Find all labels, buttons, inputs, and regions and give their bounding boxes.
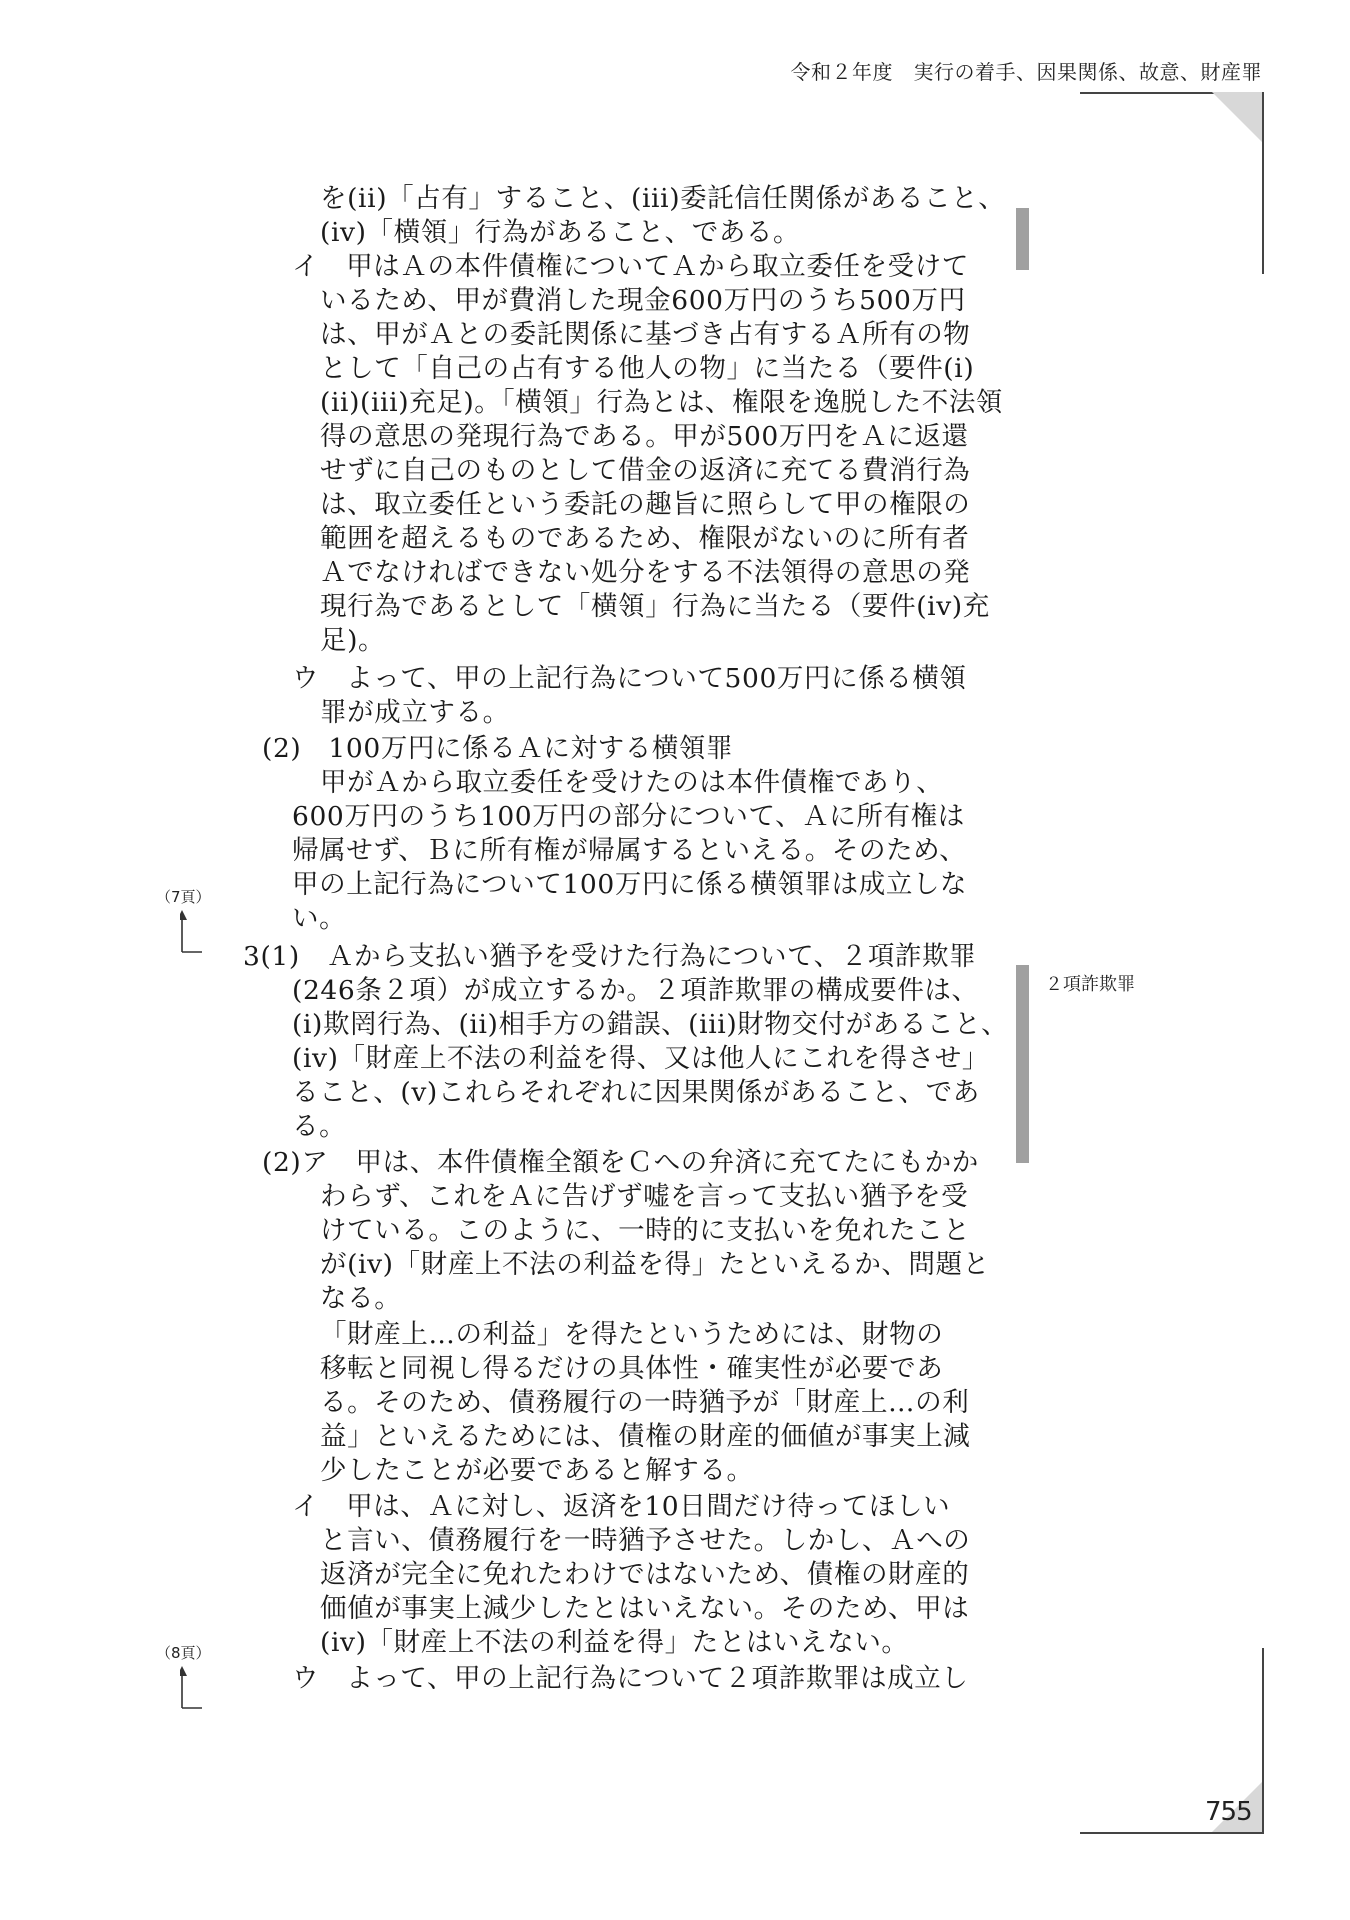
margin-marker-bar bbox=[1016, 965, 1029, 1163]
text-line: (246条２項）が成立するか。２項詐欺罪の構成要件は、 bbox=[292, 974, 979, 1008]
page-ref-arrow-icon bbox=[180, 1666, 204, 1710]
text-line: せずに自己のものとして借金の返済に充てる費消行為 bbox=[320, 454, 970, 488]
text-line: けている。このように、一時的に支払いを免れたこと bbox=[320, 1214, 970, 1248]
text-line: 足)。 bbox=[320, 624, 385, 658]
margin-marker-bar bbox=[1016, 208, 1029, 270]
text-line: (iv)「財産上不法の利益を得」たとはいえない。 bbox=[320, 1626, 909, 1660]
text-line: 600万円のうち100万円の部分について、Ａに所有権は bbox=[292, 800, 965, 834]
corner-rule-bottom-horizontal bbox=[1080, 1832, 1264, 1834]
text-line: なる。 bbox=[320, 1282, 401, 1316]
text-line: が(iv)「財産上不法の利益を得」たといえるか、問題と bbox=[320, 1248, 990, 1282]
text-line: 「財産上…の利益」を得たというためには、財物の bbox=[320, 1318, 943, 1352]
text-line: 益」といえるためには、債権の財産的価値が事実上減 bbox=[320, 1420, 970, 1454]
text-line: を(ii)「占有」すること、(iii)委託信任関係があること、 bbox=[320, 182, 1005, 216]
text-line: わらず、これをＡに告げず嘘を言って支払い猶予を受 bbox=[320, 1180, 968, 1214]
text-line: 範囲を超えるものであるため、権限がないのに所有者 bbox=[320, 522, 969, 556]
text-line: ること、(v)これらそれぞれに因果関係があること、であ bbox=[292, 1076, 980, 1110]
text-line: 甲の上記行為について100万円に係る横領罪は成立しな bbox=[292, 868, 967, 902]
text-line: (i)欺罔行為、(ii)相手方の錯誤、(iii)財物交付があること、 bbox=[292, 1008, 1008, 1042]
text-line: 得の意思の発現行為である。甲が500万円をＡに返還 bbox=[320, 420, 969, 454]
text-line: 3(1) Ａから支払い猶予を受けた行為について、２項詐欺罪 bbox=[243, 940, 976, 974]
text-line: イ 甲はＡの本件債権についてＡから取立委任を受けて bbox=[292, 250, 969, 284]
text-line: 価値が事実上減少したとはいえない。そのため、甲は bbox=[320, 1592, 969, 1626]
text-line: ウ よって、甲の上記行為について500万円に係る横領 bbox=[292, 662, 967, 696]
text-line: は、取立委任という委託の趣旨に照らして甲の権限の bbox=[320, 488, 970, 522]
page-ref-arrow-icon bbox=[180, 910, 204, 954]
text-line: 罪が成立する。 bbox=[320, 696, 510, 730]
text-line: Ａでなければできない処分をする不法領得の意思の発 bbox=[320, 556, 970, 590]
text-line: る。そのため、債務履行の一時猶予が「財産上…の利 bbox=[320, 1386, 969, 1420]
corner-triangle-top bbox=[1212, 92, 1262, 142]
text-line: 返済が完全に免れたわけではないため、債権の財産的 bbox=[320, 1558, 969, 1592]
text-line: 帰属せず、Ｂに所有権が帰属するといえる。そのため、 bbox=[292, 834, 966, 868]
text-line: (ii)(iii)充足)。「横領」行為とは、権限を逸脱した不法領 bbox=[320, 386, 1003, 420]
text-line: イ 甲は、Ａに対し、返済を10日間だけ待ってほしい bbox=[292, 1490, 950, 1524]
page-ref-label: （8頁） bbox=[156, 1642, 211, 1663]
corner-rule-bottom-vertical bbox=[1262, 1648, 1264, 1834]
text-line: は、甲がＡとの委託関係に基づき占有するＡ所有の物 bbox=[320, 318, 970, 352]
text-line: 少したことが必要であると解する。 bbox=[320, 1454, 754, 1488]
text-line: として「自己の占有する他人の物」に当たる（要件(i) bbox=[320, 352, 974, 386]
page-number: 755 bbox=[1205, 1797, 1252, 1827]
text-line: (2) 100万円に係るＡに対する横領罪 bbox=[262, 732, 733, 766]
text-line: 甲がＡから取立委任を受けたのは本件債権であり、 bbox=[320, 766, 943, 800]
text-line: (iv)「横領」行為があること、である。 bbox=[320, 216, 800, 250]
text-line: (2)ア 甲は、本件債権全額をＣへの弁済に充てたにもかか bbox=[262, 1146, 979, 1180]
text-line: いるため、甲が費消した現金600万円のうち500万円 bbox=[320, 284, 966, 318]
text-line: 現行為であるとして「横領」行為に当たる（要件(iv)充 bbox=[320, 590, 990, 624]
corner-rule-top-vertical bbox=[1262, 92, 1264, 274]
text-line: (iv)「財産上不法の利益を得、又は他人にこれを得させ」 bbox=[292, 1042, 989, 1076]
page-ref-label: （7頁） bbox=[156, 886, 211, 907]
text-line: 移転と同視し得るだけの具体性・確実性が必要であ bbox=[320, 1352, 943, 1386]
text-line: い。 bbox=[292, 902, 346, 936]
text-line: る。 bbox=[292, 1110, 346, 1144]
text-line: と言い、債務履行を一時猶予させた。しかし、Ａへの bbox=[320, 1524, 970, 1558]
running-header: 令和２年度 実行の着手、因果関係、故意、財産罪 bbox=[791, 56, 1263, 85]
side-note-label: ２項詐欺罪 bbox=[1045, 970, 1135, 996]
text-line: ウ よって、甲の上記行為について２項詐欺罪は成立し bbox=[292, 1662, 968, 1696]
